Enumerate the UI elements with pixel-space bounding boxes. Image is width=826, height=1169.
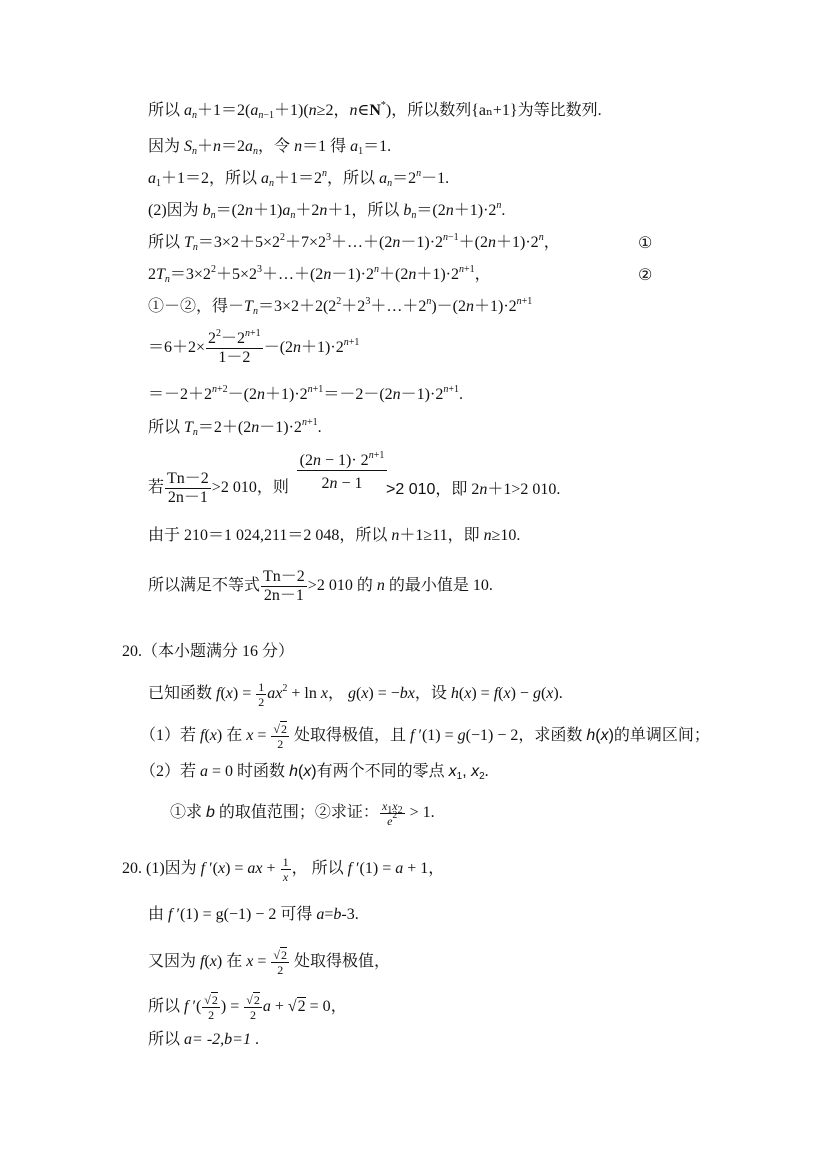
sol19-line1: 所以 an＋1＝2(an−1＋1)(n≥2，n∈N*)，所以数列{aₙ+1}为等… — [148, 101, 602, 121]
fraction: 22－2n+11－2 — [206, 330, 263, 367]
text: 时函数 — [233, 763, 289, 780]
text: ，所以 — [351, 202, 403, 219]
sol19-line8: ＝6＋2×22－2n+11－2－(2n＋1)·2n+1 — [148, 330, 359, 367]
sol19-line6: 2Tn＝3×22＋5×23＋…＋(2n－1)·2n＋(2n＋1)·2n+1， — [148, 265, 491, 285]
text: . — [355, 906, 359, 923]
text: . — [431, 804, 435, 821]
text: 所以 — [148, 102, 184, 119]
text: 可得 — [276, 906, 316, 923]
text: ①求 — [170, 804, 206, 821]
sol20-line4: 所以 f ′(√22) = √22a + √2 = 0， — [148, 993, 347, 1022]
text: ， — [331, 998, 347, 1015]
sol19-line10: 所以 Tn＝2＋(2n－1)·2n+1. — [148, 418, 322, 438]
text: >2 010 的 — [308, 577, 377, 594]
text: 所以 — [148, 419, 184, 436]
sol19-line4: (2)因为 bn＝(2n＋1)an＋2n＋1，所以 bn＝(2n＋1)·2n. — [148, 201, 505, 221]
text: 处取得极值， — [290, 953, 390, 970]
sol19-line13: 所以满足不等式Tn－22n－1>2 010 的 n 的最小值是 10. — [148, 568, 493, 605]
text: . — [559, 685, 563, 702]
text: 得 — [326, 138, 350, 155]
text: . — [516, 527, 520, 544]
text: . — [445, 170, 449, 187]
problem20-given: 已知函数 f(x) = 12ax2 + ln x， g(x) = −bx，设 h… — [148, 680, 563, 709]
sol20-line5: 所以 a= -2,b=1 . — [148, 1030, 259, 1050]
text: （2）若 — [140, 763, 200, 780]
text: ，求函数 — [518, 727, 586, 744]
text: ①－②，得 — [148, 298, 228, 315]
text: ，所以数列{aₙ+1}为等比数列. — [391, 102, 601, 119]
text: ，设 — [415, 685, 451, 702]
problem-number: 20. — [122, 643, 142, 660]
text: 的取值范围；②求证： — [215, 804, 379, 821]
sol19-line11-tail: >2 010，即 2n＋1>2 010. — [386, 480, 560, 500]
sol19-line5: 所以 Tn＝3×2＋5×22＋7×23＋…＋(2n－1)·2n−1＋(2n＋1)… — [148, 233, 560, 253]
text: 已知函数 — [148, 685, 216, 702]
problem20-header: 20.（本小题满分 16 分） — [122, 642, 294, 662]
sol20-line3: 又因为 f(x) 在 x = √22 处取得极值， — [148, 948, 390, 977]
text: ， 所以 — [292, 860, 348, 877]
text: . — [251, 1031, 259, 1048]
text: . — [387, 138, 391, 155]
fraction: Tn－22n－1 — [261, 568, 307, 605]
text: ，所以 — [209, 170, 261, 187]
equation-marker-1: ① — [638, 233, 652, 253]
sol19-line11-frac2: (2n − 1)· 2n+12n − 1 — [296, 452, 388, 493]
text: . — [485, 763, 489, 780]
sol20-line1: 20. (1)因为 f ′(x) = ax + 1x， 所以 f ′(1) = … — [122, 855, 444, 884]
text: 所以 — [148, 998, 184, 1015]
text: 由 — [148, 906, 168, 923]
text: 所以满足不等式 — [148, 577, 260, 594]
text: （1）若 — [140, 727, 200, 744]
problem-points: （本小题满分 16 分） — [142, 643, 294, 660]
text: 20. (1)因为 — [122, 860, 201, 877]
problem20-part1: （1）若 f(x) 在 x = √22 处取得极值，且 f ′(1) = g(−… — [140, 722, 710, 751]
sol19-line3: a1＋1＝2，所以 an＋1＝2n，所以 an＝2n－1. — [148, 169, 449, 189]
equation-marker-2: ② — [638, 265, 652, 285]
text: . — [501, 202, 505, 219]
sol19-line11: 若Tn－22n－1>2 010，则 — [148, 470, 289, 507]
text: 在 — [222, 727, 246, 744]
text: 所以 — [148, 1031, 184, 1048]
text: ，所以 — [327, 170, 379, 187]
text: 又因为 — [148, 953, 200, 970]
fraction: Tn－22n－1 — [165, 470, 211, 507]
text: 因为 — [148, 138, 184, 155]
sol19-line9: ＝－2＋2n+2－(2n＋1)·2n+1＝－2－(2n－1)·2n+1. — [148, 385, 463, 405]
problem20-subquestions: ①求 b 的取值范围；②求证：x1x2e2 > 1. — [170, 799, 435, 828]
text: 在 — [222, 953, 246, 970]
text: 的最小值是 10. — [385, 577, 493, 594]
sol19-line2: 因为 Sn＋n＝2an，令 n＝1 得 a1＝1. — [148, 137, 391, 157]
text: >2 010，则 — [212, 479, 289, 496]
sol20-line2: 由 f ′(1) = g(−1) − 2 可得 a=b-3. — [148, 905, 359, 925]
text: ，令 — [258, 138, 294, 155]
text: ， — [328, 685, 344, 702]
text: 有两个不同的零点 — [317, 763, 449, 780]
text: ，即 — [448, 527, 484, 544]
problem20-part2: （2）若 a = 0 时函数 h(x)有两个不同的零点 x1, x2. — [140, 762, 489, 782]
text: 处取得极值，且 — [290, 727, 410, 744]
text: 若 — [148, 479, 164, 496]
sol19-line12: 由于 210＝1 024,211＝2 048，所以 n＋1≥11，即 n≥10. — [148, 526, 520, 546]
text: 所以 — [148, 234, 184, 251]
result-text: a= -2,b=1 — [184, 1031, 251, 1048]
text: ， — [428, 860, 444, 877]
text: 由于 210＝1 024,211＝2 048，所以 — [148, 527, 391, 544]
sol19-line7: ①－②，得－Tn＝3×2＋2(22＋23＋…＋2n)－(2n＋1)·2n+1 — [148, 297, 532, 317]
text: 的单调区间； — [614, 727, 710, 744]
text: (2)因为 — [148, 202, 203, 219]
